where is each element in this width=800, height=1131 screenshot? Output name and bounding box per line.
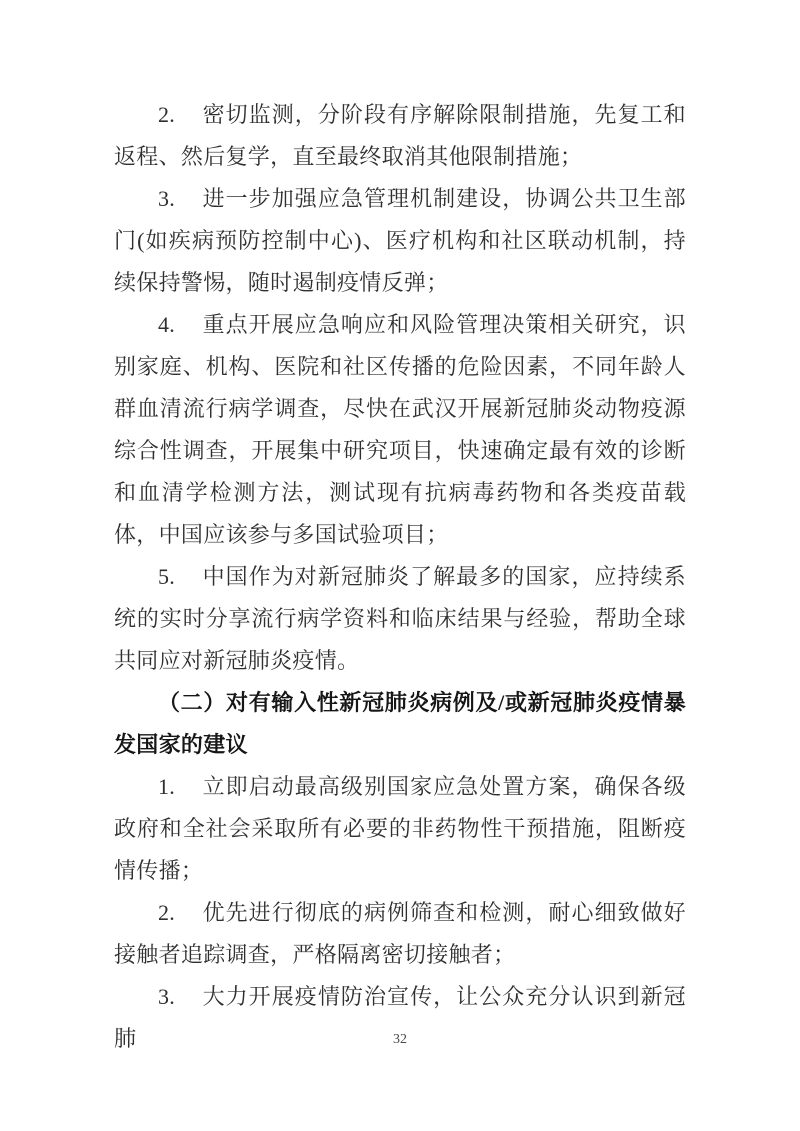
paragraph: 2. 密切监测，分阶段有序解除限制措施，先复工和返程、然后复学，直至最终取消其他… bbox=[114, 94, 686, 178]
paragraph: 5. 中国作为对新冠肺炎了解最多的国家，应持续系统的实时分享流行病学资料和临床结… bbox=[114, 556, 686, 682]
list-number: 3. bbox=[158, 186, 175, 211]
list-number: 4. bbox=[158, 312, 175, 337]
paragraph-text: 立即启动最高级别国家应急处置方案，确保各级政府和全社会采取所有必要的非药物性干预… bbox=[114, 774, 686, 883]
paragraph-text: 密切监测，分阶段有序解除限制措施，先复工和返程、然后复学，直至最终取消其他限制措… bbox=[114, 102, 686, 169]
paragraph: 1. 立即启动最高级别国家应急处置方案，确保各级政府和全社会采取所有必要的非药物… bbox=[114, 766, 686, 892]
list-number: 2. bbox=[158, 102, 175, 127]
list-number: 1. bbox=[158, 774, 175, 799]
list-number: 2. bbox=[158, 900, 175, 925]
paragraph-text: 重点开展应急响应和风险管理决策相关研究，识别家庭、机构、医院和社区传播的危险因素… bbox=[114, 312, 686, 547]
list-number: 3. bbox=[158, 984, 175, 1009]
document-page: 2. 密切监测，分阶段有序解除限制措施，先复工和返程、然后复学，直至最终取消其他… bbox=[0, 0, 800, 1131]
paragraph: 2. 优先进行彻底的病例筛查和检测，耐心细致做好接触者追踪调查，严格隔离密切接触… bbox=[114, 892, 686, 976]
paragraph-text: 中国作为对新冠肺炎了解最多的国家，应持续系统的实时分享流行病学资料和临床结果与经… bbox=[114, 564, 686, 673]
list-number: 5. bbox=[158, 564, 175, 589]
paragraph-text: （二）对有输入性新冠肺炎病例及/或新冠肺炎疫情暴发国家的建议 bbox=[114, 690, 686, 757]
paragraph: 4. 重点开展应急响应和风险管理决策相关研究，识别家庭、机构、医院和社区传播的危… bbox=[114, 304, 686, 556]
page-footer: 32 bbox=[0, 1030, 800, 1050]
section-heading: （二）对有输入性新冠肺炎病例及/或新冠肺炎疫情暴发国家的建议 bbox=[114, 682, 686, 766]
paragraph-text: 优先进行彻底的病例筛查和检测，耐心细致做好接触者追踪调查，严格隔离密切接触者； bbox=[114, 900, 686, 967]
page-number: 32 bbox=[393, 1032, 407, 1047]
document-body: 2. 密切监测，分阶段有序解除限制措施，先复工和返程、然后复学，直至最终取消其他… bbox=[114, 94, 686, 1060]
paragraph-text: 进一步加强应急管理机制建设，协调公共卫生部门(如疾病预防控制中心)、医疗机构和社… bbox=[114, 186, 686, 295]
paragraph: 3. 进一步加强应急管理机制建设，协调公共卫生部门(如疾病预防控制中心)、医疗机… bbox=[114, 178, 686, 304]
